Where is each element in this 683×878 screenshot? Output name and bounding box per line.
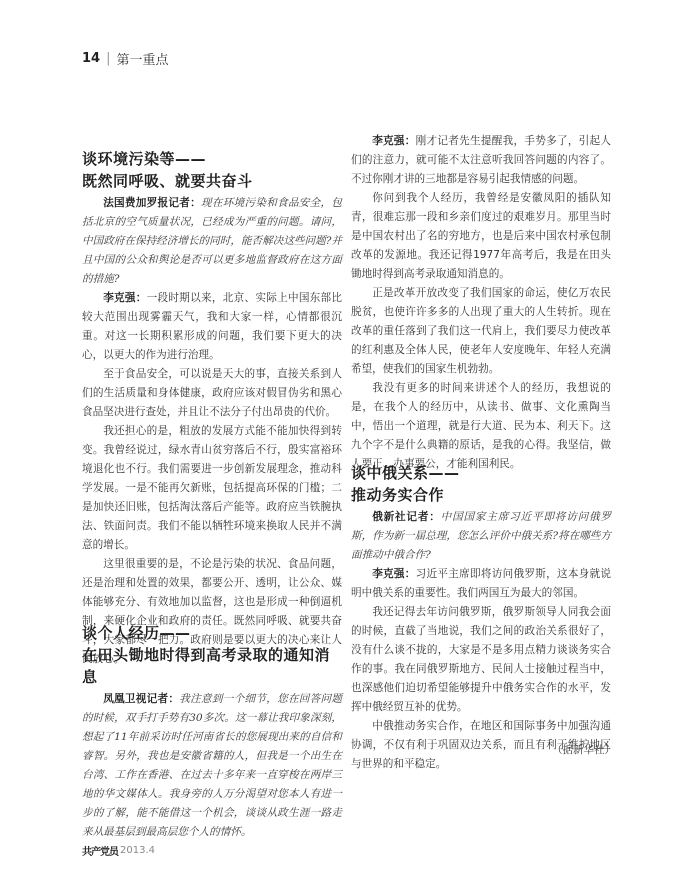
section-title-line2: 在田头锄地时得到高考录取的通知消息	[82, 644, 342, 688]
speaker-label: 李克强：	[103, 292, 146, 304]
section-personal: 谈个人经历—— 在田头锄地时得到高考录取的通知消息 凤凰卫视记者：我注意到一个细…	[82, 622, 342, 842]
issue-number: 2013.4	[120, 845, 155, 856]
answer-paragraph: 我没有更多的时间来讲述个人的经历，我想说的是，在我个人的经历中，从读书、做事、文…	[351, 379, 611, 474]
section-label: 第一重点	[116, 49, 168, 68]
section-title-line1: 谈环境污染等——	[82, 148, 342, 170]
header-divider: |	[106, 51, 110, 66]
answer-paragraph: 至于食品安全，可以说是天大的事，直接关系到人们的生活质量和身体健康，政府应该对假…	[82, 365, 342, 422]
question-paragraph: 俄新社记者：中国国家主席习近平即将访问俄罗斯，作为新一届总理，您怎么评价中俄关系…	[351, 508, 611, 565]
answer-paragraph: 李克强：习近平主席即将访问俄罗斯，这本身就说明中俄关系的重要性。我们两国互为最大…	[351, 565, 611, 603]
paragraph-text: 我注意到一个细节，您在回答问题的时候，双手打手势有30多次。这一幕让我印象深刻，…	[82, 693, 342, 838]
speaker-label: 法国费加罗报记者：	[103, 197, 201, 209]
section-china-russia: 谈中俄关系—— 推动务实合作 俄新社记者：中国国家主席习近平即将访问俄罗斯，作为…	[351, 462, 611, 774]
section-title-line1: 谈中俄关系——	[351, 462, 611, 484]
speaker-label: 俄新社记者：	[372, 511, 440, 523]
question-paragraph: 凤凰卫视记者：我注意到一个细节，您在回答问题的时候，双手打手势有30多次。这一幕…	[82, 690, 342, 842]
answer-paragraph: 我还担心的是，粗放的发展方式能不能加快得到转变。我曾经说过，绿水青山贫穷落后不行…	[82, 422, 342, 555]
section-title-line2: 推动务实合作	[351, 484, 611, 506]
question-paragraph: 法国费加罗报记者：现在环境污染和食品安全，包括北京的空气质量状况，已经成为严重的…	[82, 194, 342, 289]
answer-paragraph: 正是改革开放改变了我们国家的命运，使亿万农民脱贫，也使许许多多的人出现了重大的人…	[351, 284, 611, 379]
answer-paragraph: 你问到我个人经历，我曾经是安徽凤阳的插队知青，很难忘那一段和乡亲们度过的艰难岁月…	[351, 189, 611, 284]
speaker-label: 李克强：	[372, 135, 415, 147]
answer-paragraph: 我还记得去年访问俄罗斯，俄罗斯领导人同我会面的时候，直截了当地说，我们之间的政治…	[351, 603, 611, 717]
page-footer: 共产党员 2013.4	[82, 843, 155, 858]
section-personal-continued: 李克强：刚才记者先生提醒我，手势多了，引起人们的注意力，就可能不太注意听我回答问…	[351, 132, 611, 474]
speaker-label: 李克强：	[372, 568, 415, 580]
magazine-logo: 共产党员	[82, 843, 118, 858]
source-attribution: （据新华社）	[552, 742, 615, 757]
answer-paragraph: 李克强：刚才记者先生提醒我，手势多了，引起人们的注意力，就可能不太注意听我回答问…	[351, 132, 611, 189]
answer-paragraph: 李克强：一段时期以来，北京、实际上中国东部比较大范围出现雾霾天气，我和大家一样，…	[82, 289, 342, 365]
section-title-line1: 谈个人经历——	[82, 622, 342, 644]
section-environment: 谈环境污染等—— 既然同呼吸、就要共奋斗 法国费加罗报记者：现在环境污染和食品安…	[82, 148, 342, 669]
page-number: 14	[82, 51, 100, 66]
section-title-line2: 既然同呼吸、就要共奋斗	[82, 170, 342, 192]
speaker-label: 凤凰卫视记者：	[103, 693, 179, 705]
page-header: 14 | 第一重点	[82, 49, 169, 68]
paragraph-text: 现在环境污染和食品安全，包括北京的空气质量状况，已经成为严重的问题。请问，中国政…	[82, 197, 342, 285]
